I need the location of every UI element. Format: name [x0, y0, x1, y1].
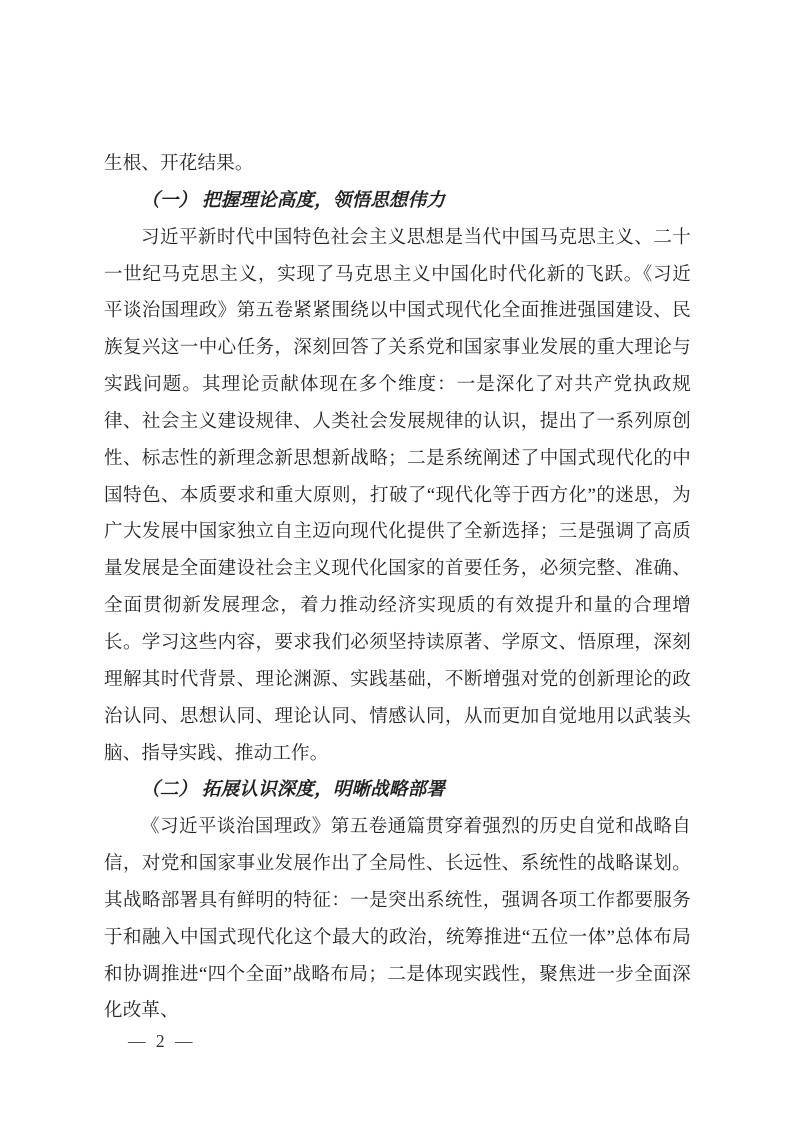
section-1-paragraph: 习近平新时代中国特色社会主义思想是当代中国马克思主义、二十一世纪马克思主义，实现… — [104, 220, 691, 773]
document-page: 生根、开花结果。 （一） 把握理论高度，领悟思想伟力 习近平新时代中国特色社会主… — [0, 0, 793, 1122]
section-2-paragraph: 《习近平谈治国理政》第五卷通篇贯穿着强烈的历史自觉和战略自信，对党和国家事业发展… — [104, 809, 691, 1030]
document-body: 生根、开花结果。 （一） 把握理论高度，领悟思想伟力 习近平新时代中国特色社会主… — [104, 146, 691, 1030]
section-heading-2: （二） 拓展认识深度，明晰战略部署 — [104, 772, 691, 809]
section-heading-1: （一） 把握理论高度，领悟思想伟力 — [104, 183, 691, 220]
page-number: — 2 — — [128, 1028, 196, 1054]
paragraph-continuation: 生根、开花结果。 — [104, 146, 691, 183]
